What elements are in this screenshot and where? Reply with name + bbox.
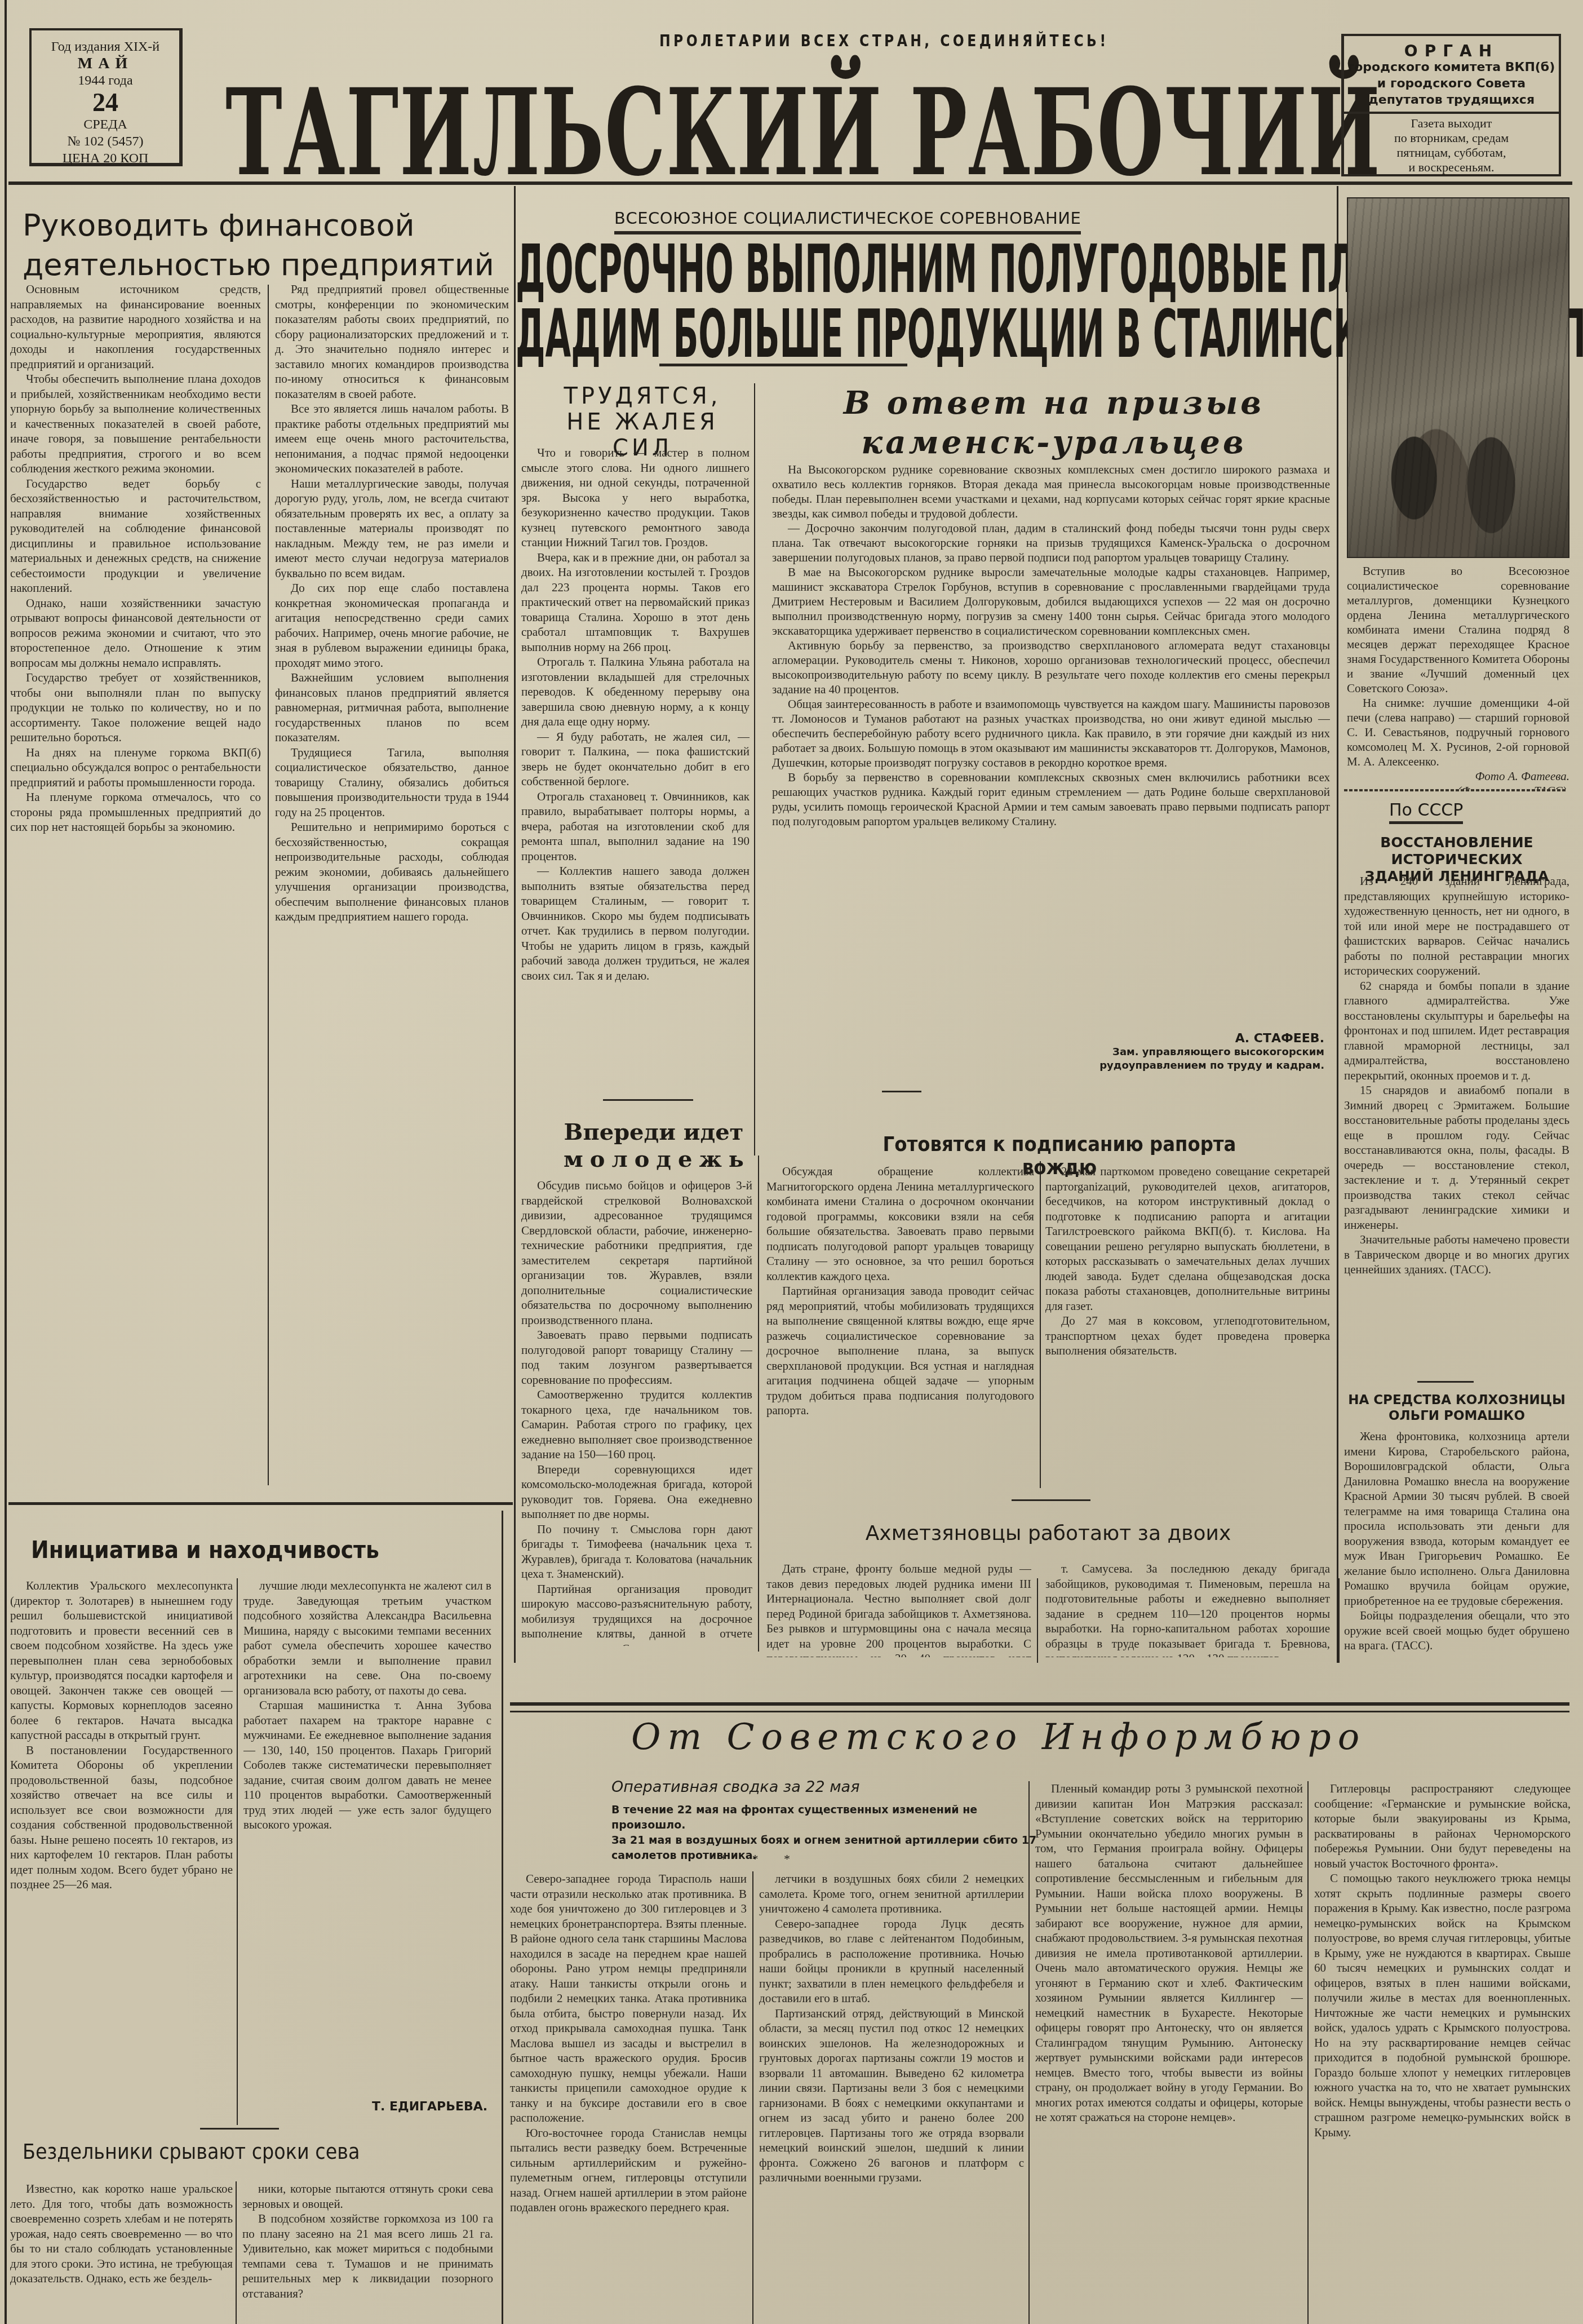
- kamensk-headline: В ответ на призыв каменск-уральцев: [772, 383, 1336, 462]
- paragraph: Завоевать право первыми подписать полуго…: [521, 1327, 752, 1387]
- divider: [200, 2128, 279, 2130]
- photo-caption: Вступив во Всесоюзное социалистическое с…: [1347, 564, 1569, 789]
- headline-line: НА СРЕДСТВА КОЛХОЗНИЦЫ: [1341, 1392, 1572, 1408]
- paragraph: Старшая машинистка т. Анна Зубова работа…: [243, 1698, 491, 1832]
- paragraph: ники, которые пытаются оттянуть сроки се…: [242, 2181, 493, 2211]
- paragraph: По почину т. Смыслова горн дают бригады …: [521, 1522, 752, 1582]
- paragraph: Жена фронтовика, колхозница артели имени…: [1344, 1429, 1569, 1608]
- gotovyatsya-column-2: 22 мая парткомом проведено совещание сек…: [1045, 1164, 1330, 1491]
- headline-line: молодежь: [564, 1146, 744, 1173]
- paragraph: Бойцы подразделения обещали, что это ору…: [1344, 1608, 1569, 1653]
- olga-headline: НА СРЕДСТВА КОЛХОЗНИЦЫ ОЛЬГИ РОМАШКО: [1341, 1392, 1572, 1424]
- kamensk-body: На Высокогорском руднике соревнование ск…: [772, 462, 1330, 1015]
- paragraph: На Высокогорском руднике соревнование ск…: [772, 462, 1330, 521]
- paragraph: Ряд предприятий провел общественные смот…: [275, 282, 509, 401]
- news-photo-blast-furnace-workers: [1347, 197, 1569, 558]
- paragraph: летчики в воздушных боях сбили 2 немецки…: [759, 1871, 1024, 1916]
- paragraph: Самоотверженно трудится коллектив токарн…: [521, 1387, 752, 1462]
- paragraph: Гитлеровцы распространяют следующее сооб…: [1314, 1781, 1571, 1871]
- issue-date-box: Год издания XIX-й МАЙ 1944 года 24 СРЕДА…: [29, 28, 183, 166]
- paragraph: На днях на пленуме горкома ВКП(б) специа…: [10, 745, 261, 790]
- masthead-rule: [8, 182, 1572, 185]
- column-rule: [514, 186, 516, 1663]
- paragraph: Отрогаль стахановец т. Овчинников, как п…: [521, 789, 750, 864]
- paragraph: Активную борьбу за первенство, за произв…: [772, 638, 1330, 697]
- column-rule: [1040, 1161, 1041, 1488]
- paragraph: Обсудив письмо бойцов и офицеров 3-й гва…: [521, 1178, 752, 1327]
- column-rule: [502, 1511, 503, 2324]
- wavy-divider: [1344, 789, 1567, 791]
- organ-line: городского комитета ВКП(б): [1344, 59, 1559, 76]
- paragraph: В борьбу за первенство в соревновании ко…: [772, 770, 1330, 829]
- headline-underline: [659, 364, 907, 366]
- paragraph: 62 снаряда и бомбы попали в здание главн…: [1344, 979, 1569, 1083]
- headline-line: В ответ на призыв: [772, 383, 1336, 423]
- paragraph: Все это является лишь началом работы. В …: [275, 401, 509, 476]
- paragraph: Известно, как коротко наше уральское лет…: [10, 2181, 233, 2286]
- headline-line: ОЛЬГИ РОМАШКО: [1341, 1408, 1572, 1424]
- paragraph: В постановлении Государственного Комитет…: [10, 1743, 233, 1892]
- issue-month: МАЙ: [32, 55, 179, 72]
- paragraph: Основным источником средств, направляемы…: [10, 282, 261, 371]
- column-rule: [237, 1578, 238, 2125]
- paragraph: Чтобы обеспечить выполнение плана доходо…: [10, 371, 261, 476]
- organ-heading: ОРГАН: [1344, 43, 1559, 59]
- paragraph: До 27 мая в коксовом, углеподготовительн…: [1045, 1313, 1330, 1358]
- schedule-line: Газета выходит: [1344, 116, 1559, 131]
- paragraph: Коллектив Уральского мехлесопункта (дире…: [10, 1578, 233, 1743]
- editorial-headline-line2: деятельностью предприятий: [23, 245, 494, 285]
- column-rule: [236, 2181, 237, 2324]
- author-name: А. СТАФЕЕВ.: [1043, 1032, 1324, 1046]
- column-rule: [754, 383, 755, 1156]
- paragraph: Из 240 зданий Ленинграда, представляющих…: [1344, 874, 1569, 979]
- page-left-edge: [5, 0, 7, 2324]
- headline-line: ТРУДЯТСЯ,: [535, 383, 750, 409]
- paragraph: 15 снарядов и авиабомб попали в Зимний д…: [1344, 1083, 1569, 1232]
- paragraph: Партийная организация проводит широкую м…: [521, 1582, 752, 1646]
- vperedi-body: Обсудив письмо бойцов и офицеров 3-й гва…: [521, 1178, 752, 1646]
- section-stars: * * *: [676, 1852, 845, 1866]
- informburo-column-4: Гитлеровцы распространяют следующее сооб…: [1314, 1781, 1571, 2324]
- paragraph: До сих пор еще слабо поставлена конкретн…: [275, 581, 509, 670]
- bulletin-line: В течение 22 мая на фронтах существенных…: [611, 1803, 1040, 1833]
- paragraph: Обсуждая обращение коллектива Магнитогор…: [766, 1164, 1034, 1283]
- editorial-headline: Руководить финансовой деятельностью пред…: [23, 206, 494, 285]
- informburo-headline: От Советского Информбюро: [631, 1716, 1366, 1758]
- paragraph: Что и говорить — мастер в полном смысле …: [521, 445, 750, 550]
- divider: [882, 1091, 921, 1092]
- column-rule: [1028, 1781, 1030, 2324]
- main-headline-line2: ДАДИМ БОЛЬШЕ ПРОДУКЦИИ В СТАЛИНСКИЙ ФОНД…: [516, 302, 1350, 366]
- paragraph: Однако, наши хозяйственники зачастую отр…: [10, 596, 261, 671]
- paragraph: С помощью такого неуклюжего трюка немцы …: [1314, 1871, 1571, 2140]
- paragraph: Наши металлургические заводы, получая до…: [275, 476, 509, 581]
- column-rule: [1037, 1578, 1038, 1663]
- initiative-column-1: Коллектив Уральского мехлесопункта (дире…: [10, 1578, 233, 2091]
- issue-day: 24: [32, 89, 179, 116]
- issue-year: 1944 года: [32, 72, 179, 89]
- paragraph: Впереди соревнующихся идет комсомольско-…: [521, 1462, 752, 1522]
- paragraph: Северо-западнее города Луцк десять разве…: [759, 1916, 1024, 2006]
- paragraph: В подсобном хозяйстве горкомхоза из 100 …: [242, 2211, 493, 2301]
- paragraph: Партизанский отряд, действующий в Минско…: [759, 2006, 1024, 2185]
- paragraph: Вчера, как и в прежние дни, он работал з…: [521, 550, 750, 655]
- author-title: рудоуправлением по труду и кадрам.: [1043, 1059, 1324, 1073]
- informburo-top-rule: [510, 1702, 1569, 1706]
- paragraph: — Я буду работать, не жалея сил, — говор…: [521, 729, 750, 789]
- masthead-slogan: ПРОЛЕТАРИИ ВСЕХ СТРАН, СОЕДИНЯЙТЕСЬ!: [659, 31, 1109, 50]
- paragraph: Общая заинтересованность в работе и взаи…: [772, 697, 1330, 770]
- paragraph: Государство требует от хозяйственников, …: [10, 670, 261, 745]
- photo-credit: (Фотохроника ТАСС).: [1347, 783, 1569, 789]
- paragraph: т. Самусева. За последнюю декаду бригада…: [1045, 1561, 1330, 1657]
- column-rule: [758, 1156, 759, 1652]
- paragraph: лучшие люди мехлесопункта не жалеют сил …: [243, 1578, 491, 1698]
- paragraph: Важнейшим условием выполнения финансовых…: [275, 670, 509, 745]
- headline-line: Впереди идет: [564, 1119, 744, 1146]
- paragraph: 22 мая парткомом проведено совещание сек…: [1045, 1164, 1330, 1313]
- issue-number: № 102 (5457): [32, 133, 179, 150]
- editorial-column-2: Ряд предприятий провел общественные смот…: [275, 282, 509, 1499]
- newspaper-title: ТАГИЛЬСКИЙ РАБОЧИЙ: [225, 76, 939, 189]
- divider: [1417, 1381, 1474, 1383]
- paragraph: Решительно и непримиримо бороться с бесх…: [275, 820, 509, 924]
- organ-line: депутатов трудящихся: [1344, 92, 1559, 108]
- paragraph: — Коллектив нашего завода должен выполни…: [521, 864, 750, 983]
- akhmet-headline: Ахметзяновцы работают за двоих: [823, 1522, 1274, 1545]
- divider: [603, 1099, 693, 1101]
- initiative-column-2: лучшие люди мехлесопункта не жалеют сил …: [243, 1578, 491, 2094]
- paragraph: — Досрочно закончим полугодовой план, да…: [772, 521, 1330, 565]
- vperedi-headline: Впереди идет молодежь: [564, 1119, 744, 1173]
- bezdelniki-column-1: Известно, как коротко наше уральское лет…: [10, 2181, 233, 2324]
- schedule-line: по вторникам, средам: [1344, 131, 1559, 145]
- column-rule: [268, 285, 269, 1485]
- informburo-subhead: Оперативная сводка за 22 мая: [611, 1778, 859, 1796]
- issue-price: ЦЕНА 20 КОП: [32, 150, 179, 167]
- olga-body: Жена фронтовика, колхозница артели имени…: [1344, 1429, 1569, 1660]
- initiative-headline: Инициатива и находчивость: [31, 1536, 379, 1564]
- informburo-column-1: Северо-западнее города Тирасполь наши ча…: [510, 1871, 747, 2324]
- author-title: Зам. управляющего высокогорским: [1043, 1046, 1324, 1059]
- paragraph: В мае на Высокогорском руднике выросли з…: [772, 565, 1330, 638]
- bezdelniki-headline: Бездельники срывают сроки сева: [23, 2139, 360, 2164]
- akhmet-column-2: т. Самусева. За последнюю декаду бригада…: [1045, 1561, 1330, 1657]
- paragraph: Значительные работы намечено провести в …: [1344, 1232, 1569, 1277]
- organ-divider: [1344, 112, 1559, 114]
- headline-line: каменск-уральцев: [772, 423, 1336, 462]
- paragraph: Юго-восточнее города Станислав немцы пыт…: [510, 2126, 747, 2215]
- photo-credit: Фото А. Фатеева.: [1347, 769, 1569, 783]
- paragraph: Отрогаль т. Палкина Ульяна работала на и…: [521, 654, 750, 729]
- editorial-headline-line1: Руководить финансовой: [23, 206, 494, 245]
- paragraph: Государство ведет борьбу с бесхозяйствен…: [10, 476, 261, 596]
- leningrad-body: Из 240 зданий Ленинграда, представляющих…: [1344, 874, 1569, 1370]
- main-headline: ДОСРОЧНО ВЫПОЛНИМ ПОЛУГОДОВЫЕ ПЛАНЫ, ДАД…: [516, 237, 1350, 366]
- bezdelniki-column-2: ники, которые пытаются оттянуть сроки се…: [242, 2181, 493, 2324]
- caption-text: На снимке: лучшие доменщики 4-ой печи (с…: [1347, 696, 1569, 769]
- section-rule: [8, 1502, 513, 1505]
- informburo-top-rule: [510, 1711, 1569, 1712]
- paragraph: Партийная организация завода проводит се…: [766, 1283, 1034, 1418]
- editorial-column-1: Основным источником средств, направляемы…: [10, 282, 261, 1499]
- informburo-column-2: летчики в воздушных боях сбили 2 немецки…: [759, 1871, 1024, 2324]
- paragraph: Трудящиеся Тагила, выполняя социалистиче…: [275, 745, 509, 820]
- edition-year: Год издания XIX-й: [32, 38, 179, 55]
- schedule-line: пятницам, субботам,: [1344, 145, 1559, 160]
- paragraph: На пленуме горкома отмечалось, что со ст…: [10, 790, 261, 835]
- issue-weekday: СРЕДА: [32, 116, 179, 133]
- trudyatsya-body: Что и говорить — мастер в полном смысле …: [521, 445, 750, 1088]
- column-rule: [752, 1871, 753, 2324]
- column-rule: [1338, 1578, 1340, 1663]
- paragraph: Северо-западнее города Тирасполь наши ча…: [510, 1871, 747, 2126]
- headline-line: ВОССТАНОВЛЕНИЕ ИСТОРИЧЕСКИХ: [1341, 834, 1572, 868]
- caption-text: Вступив во Всесоюзное социалистическое с…: [1347, 564, 1569, 696]
- informburo-column-3: Пленный командир роты 3 румынской пехотн…: [1035, 1781, 1303, 2324]
- organ-line: и городского Совета: [1344, 76, 1559, 92]
- publisher-organ-box: ОРГАН городского комитета ВКП(б) и город…: [1341, 34, 1561, 176]
- ussr-section-heading: По СССР: [1389, 800, 1463, 824]
- initiative-byline: Т. ЕДИГАРЬЕВА.: [372, 2100, 487, 2114]
- kamensk-byline: А. СТАФЕЕВ. Зам. управляющего высокогорс…: [1043, 1032, 1324, 1073]
- paragraph: Пленный командир роты 3 румынской пехотн…: [1035, 1781, 1303, 2125]
- akhmet-column-1: Дать стране, фронту больше медной руды —…: [766, 1561, 1031, 1657]
- schedule-line: и воскресеньям.: [1344, 160, 1559, 175]
- column-rule: [1307, 1781, 1309, 2324]
- paragraph: Дать стране, фронту больше медной руды —…: [766, 1561, 1031, 1657]
- divider: [1012, 1499, 1090, 1501]
- main-headline-line1: ДОСРОЧНО ВЫПОЛНИМ ПОЛУГОДОВЫЕ ПЛАНЫ,: [516, 237, 1350, 302]
- gotovyatsya-column-1: Обсуждая обращение коллектива Магнитогор…: [766, 1164, 1034, 1491]
- column-rule: [1337, 186, 1338, 1663]
